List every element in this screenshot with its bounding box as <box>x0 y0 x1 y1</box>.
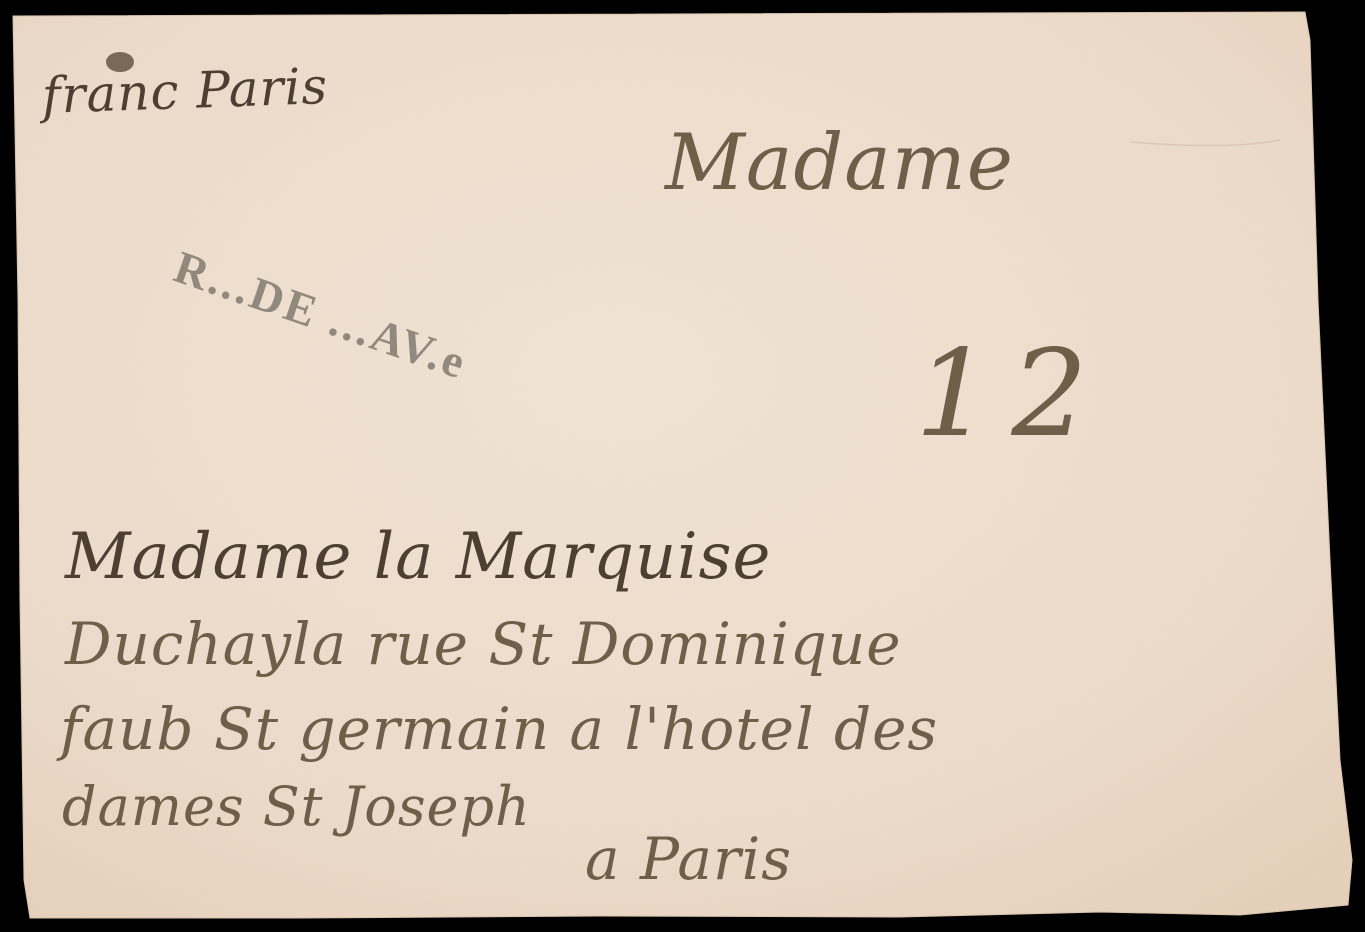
address-line-2: Duchayla rue St Dominique <box>65 610 902 678</box>
address-line-1: Madame la Marquise <box>65 520 771 594</box>
address-line-5: a Paris <box>585 825 792 893</box>
postage-rate: 12 <box>915 325 1108 464</box>
letter-scene: franc Paris R...DE ...AV.e Madame 12 Mad… <box>0 0 1365 932</box>
address-line-3: faub St germain a l'hotel des <box>60 695 938 763</box>
salutation-madame: Madame <box>665 118 1014 208</box>
franc-paris-note: franc Paris <box>41 57 329 125</box>
address-line-4: dames St Joseph <box>62 775 531 838</box>
